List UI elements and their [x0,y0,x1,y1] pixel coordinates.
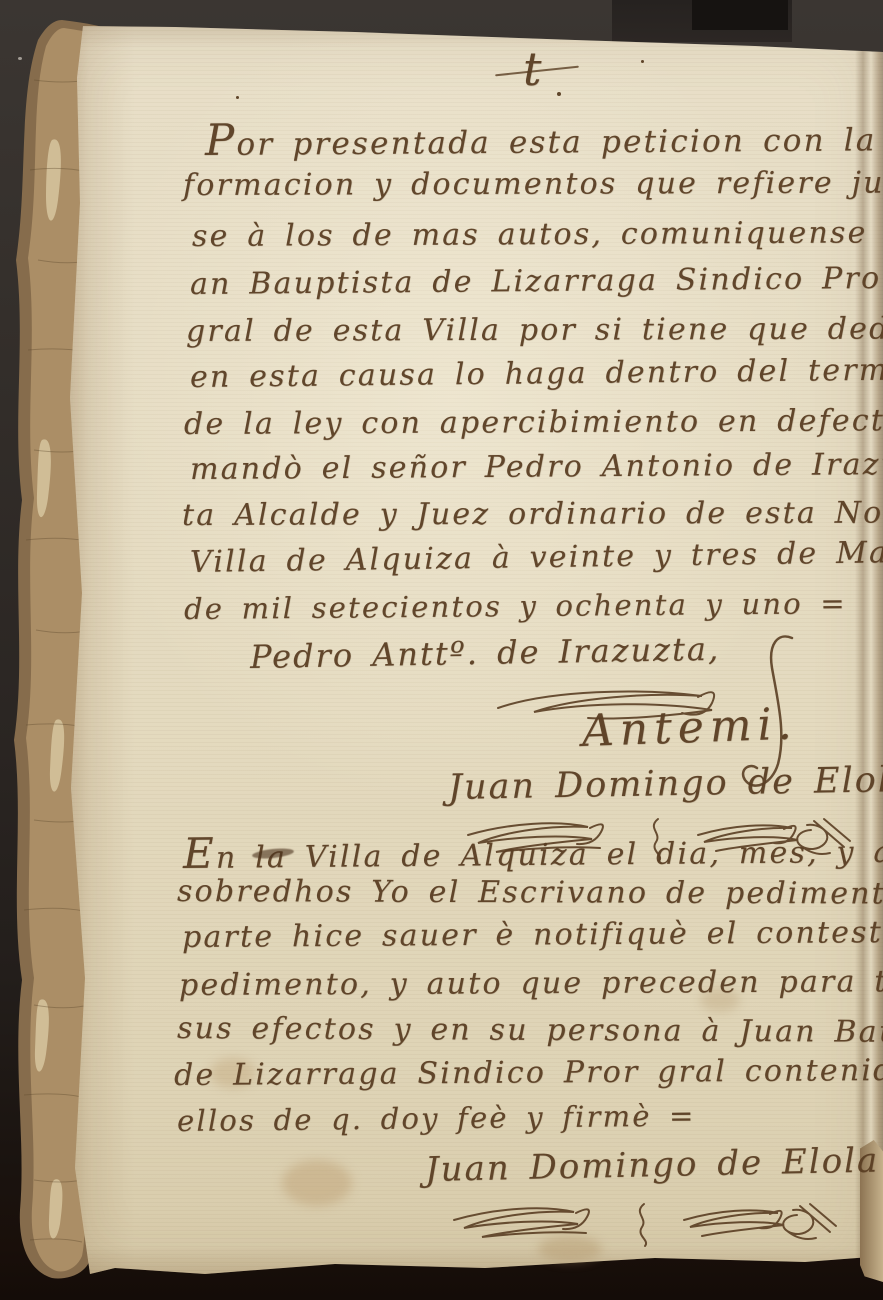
decree-line: de mil setecientos y ochenta y uno = [184,586,847,626]
notification-line: sus efectos y en su persona à Juan Baupt… [177,1011,883,1050]
escribano-signature: Juan Domingo de Elola [448,760,883,808]
decree-line: en esta causa lo haga dentro del termino [190,352,883,395]
notification-line: ellos de q. doy feè y firmè = [177,1099,696,1138]
decree-line: an Bauptista de Lizarraga Sindico Pror [190,261,883,302]
decree-line: gral de esta Villa por si tiene que dedu… [186,311,883,349]
notification-line: pedimento, y auto que preceden para todo… [179,964,883,1003]
notification-line: parte hice sauer è notifiquè el contesto… [182,914,883,955]
handwritten-text: t Por presentada esta peticion con la in… [0,0,883,1300]
decree-line: Por presentada esta peticion con la in- [205,111,883,166]
escribano-signature: Juan Domingo de Elola [425,1140,880,1190]
attestation-antemi: Antemi. [581,698,798,756]
signature-flourish [448,1198,843,1250]
decree-line: se à los de mas autos, comuniquense à Ju… [192,215,883,254]
decree-line: formacion y documentos que refiere junti… [183,165,883,203]
notification-line: sobredhos Yo el Escrivano de pedimento d… [177,874,883,912]
decree-line: mandò el señor Pedro Antonio de Irazuz- [190,447,883,487]
notification-line: de Lizarraga Sindico Pror gral contenido… [174,1052,883,1093]
manuscript-photo: t Por presentada esta peticion con la in… [0,0,883,1300]
decree-line: ta Alcalde y Juez ordinario de esta Nobl… [182,495,883,533]
decree-line: Villa de Alquiza à veinte y tres de Marz… [190,534,883,580]
alcalde-signature: Pedro Anttº. de Irazuzta, [250,630,721,676]
decree-line: de la ley con apercibimiento en defecto.… [184,403,883,442]
